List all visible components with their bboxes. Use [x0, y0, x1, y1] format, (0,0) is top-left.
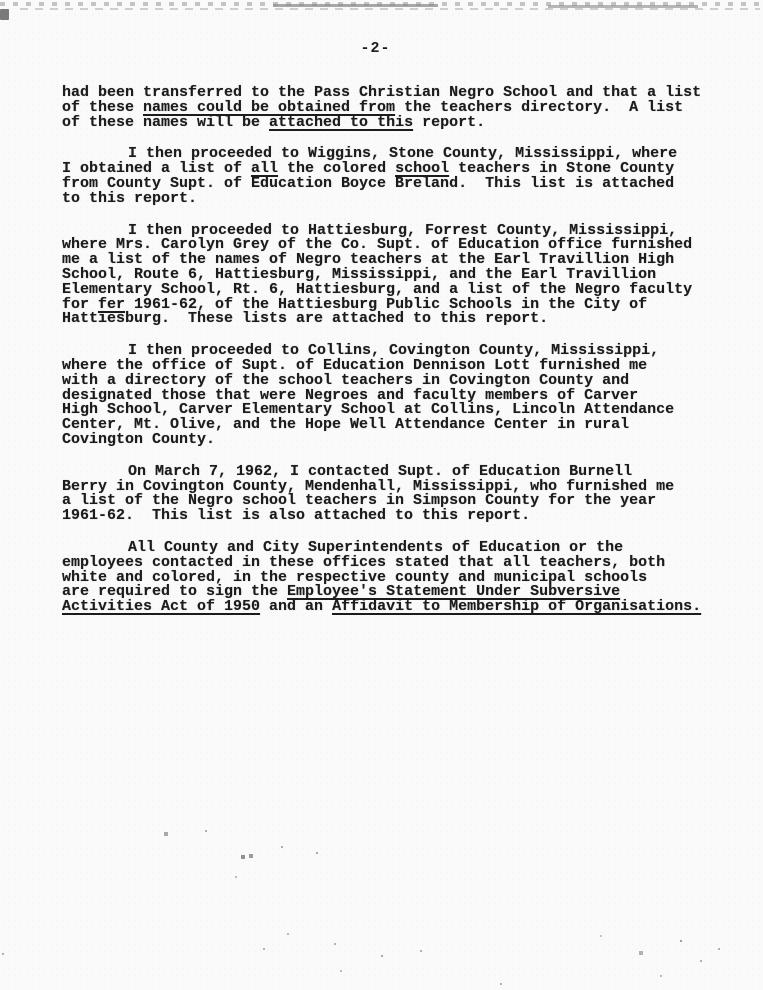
text-segment: of these names will be	[62, 114, 269, 131]
scanned-document-page: -2- had been transferred to the Pass Chr…	[0, 0, 763, 990]
page-number: -2-	[0, 40, 751, 57]
paragraph: I then proceeded to Wiggins, Stone Count…	[62, 147, 722, 206]
scan-artifact-corner-mark	[0, 9, 9, 20]
text-segment: and an	[260, 598, 332, 615]
underlined-text: attached to this	[269, 114, 413, 131]
text-segment: Hattiesburg. These lists are attached to…	[62, 310, 548, 327]
text-line: Covington County.	[62, 433, 722, 448]
text-segment: to this report.	[62, 190, 197, 207]
text-segment: report.	[413, 114, 485, 131]
underlined-text: Affidavit to Membership of Organisations…	[332, 598, 701, 615]
paragraph: On March 7, 1962, I contacted Supt. of E…	[62, 465, 722, 524]
paragraph: I then proceeded to Collins, Covington C…	[62, 344, 722, 448]
scan-artifact-top-solid-segment-2	[548, 5, 698, 8]
text-line: of these names will be attached to this …	[62, 116, 722, 131]
paragraph: I then proceeded to Hattiesburg, Forrest…	[62, 224, 722, 328]
text-line: 1961-62. This list is also attached to t…	[62, 509, 722, 524]
text-line: Activities Act of 1950 and an Affidavit …	[62, 600, 722, 615]
paragraph: All County and City Superintendents of E…	[62, 541, 722, 615]
underlined-text: Activities Act of 1950	[62, 598, 260, 615]
text-segment: 1961-62. This list is also attached to t…	[62, 507, 530, 524]
document-body: had been transferred to the Pass Christi…	[62, 86, 722, 632]
text-line: Hattiesburg. These lists are attached to…	[62, 312, 722, 327]
scan-artifact-top-solid-segment	[273, 4, 438, 7]
scan-noise-specks	[0, 0, 2, 2]
text-segment: Covington County.	[62, 431, 215, 448]
text-line: to this report.	[62, 192, 722, 207]
paragraph: had been transferred to the Pass Christi…	[62, 86, 722, 130]
scan-artifact-top-dotted-line	[20, 8, 760, 10]
